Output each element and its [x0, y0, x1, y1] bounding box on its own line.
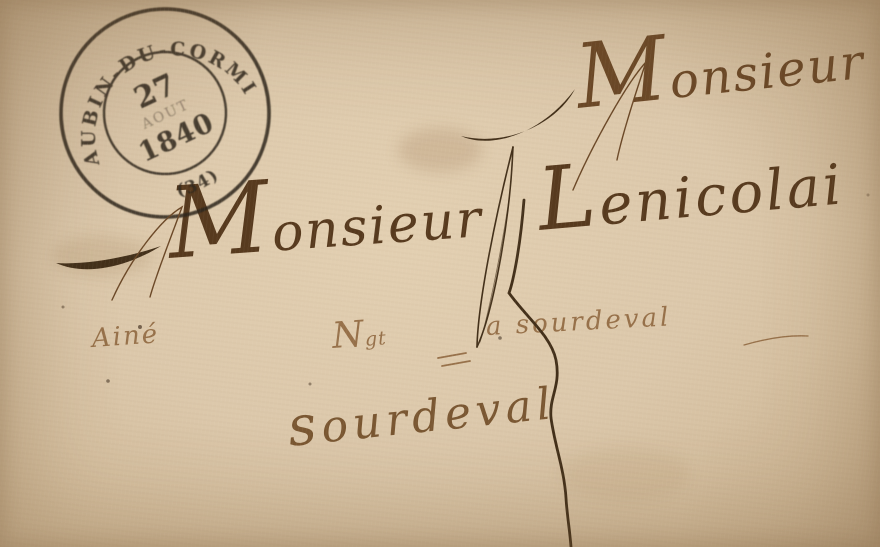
postmark-month: AOUT — [139, 97, 193, 133]
pen-flourish-dash — [744, 336, 808, 345]
recipient-profession: Ngt — [331, 314, 388, 354]
destination-city: sourdeval — [285, 372, 558, 455]
recipient-title: Monsieur — [165, 154, 486, 274]
address-salutation: Monsieur — [571, 4, 868, 123]
pen-flourish-accent — [56, 246, 161, 269]
postmark-town: St AUBIN-DU-CORMIER — [45, 6, 265, 180]
destination-inline: a sourdeval — [485, 304, 672, 340]
tax-mark-flag-stroke — [461, 89, 575, 141]
postmark-day: 27 — [129, 67, 182, 116]
letter-scan: Monsieur Monsieur Lenicolai Ainé Ngt a s… — [0, 0, 880, 547]
recipient-surname: Lenicolai — [534, 131, 846, 244]
postmark-year: 1840 — [134, 107, 219, 169]
recipient-qualifier: Ainé — [91, 321, 160, 352]
abbreviation-underline — [438, 353, 470, 366]
paper-stain — [52, 236, 152, 276]
paper-stain — [560, 448, 690, 500]
